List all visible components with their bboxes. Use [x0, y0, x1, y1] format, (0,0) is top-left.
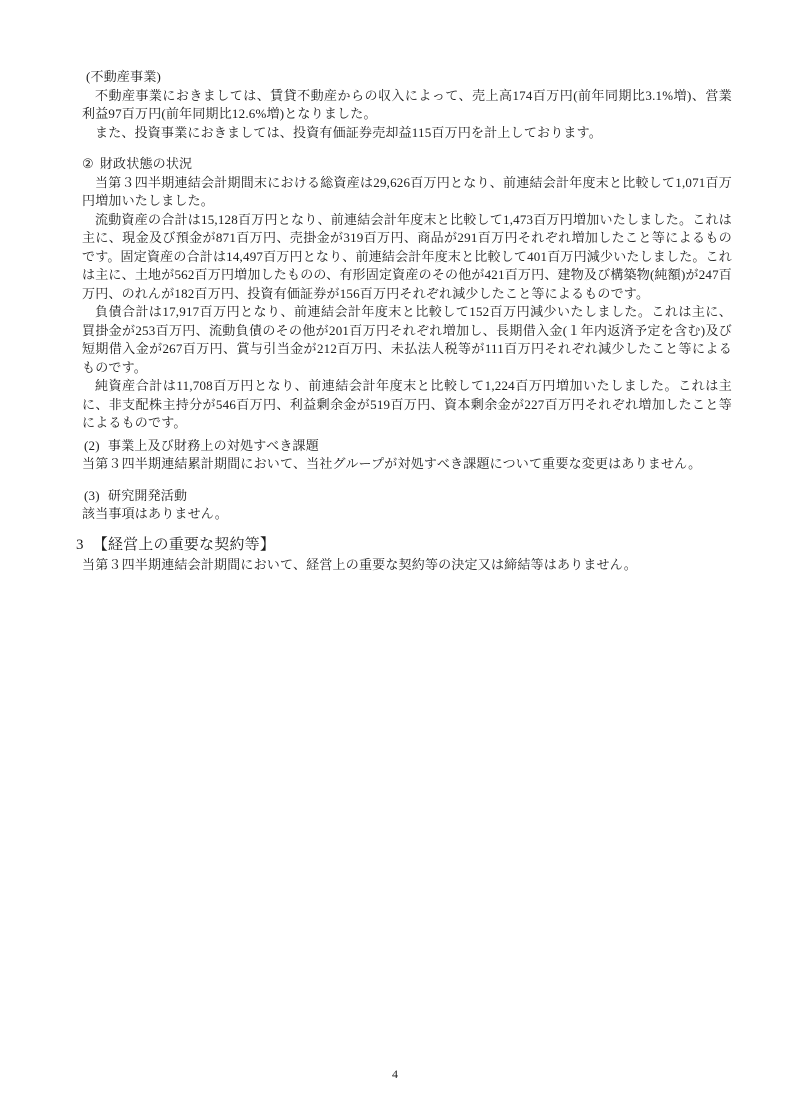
financial-position-heading: 財政状態の状況: [100, 156, 192, 171]
real-estate-section-heading: (不動産事業): [82, 68, 732, 87]
document-page: (不動産事業) 不動産事業におきましては、賃貸不動産からの収入によって、売上高1…: [0, 0, 790, 1118]
investment-business-paragraph: また、投資事業におきましては、投資有価証券売却益115百万円を計上しております。: [82, 124, 732, 143]
rd-marker: (3): [82, 487, 108, 506]
rd-section: (3)研究開発活動 該当事項はありません。: [82, 487, 732, 524]
rd-heading-line: (3)研究開発活動: [82, 487, 732, 506]
real-estate-paragraph: 不動産事業におきましては、賃貸不動産からの収入によって、売上高174百万円(前年…: [82, 87, 732, 124]
total-assets-paragraph: 当第３四半期連結会計期間末における総資産は29,626百万円となり、前連結会計年…: [82, 174, 732, 211]
business-issues-heading-line: (2)事業上及び財務上の対処すべき課題: [82, 437, 732, 456]
contracts-body: 当第３四半期連結会計期間において、経営上の重要な契約等の決定又は締結等はありませ…: [82, 556, 732, 575]
business-issues-heading: 事業上及び財務上の対処すべき課題: [108, 438, 319, 453]
business-issues-body: 当第３四半期連結累計期間において、当社グループが対処すべき課題について重要な変更…: [82, 455, 732, 474]
current-fixed-assets-paragraph: 流動資産の合計は15,128百万円となり、前連結会計年度末と比較して1,473百…: [82, 211, 732, 304]
contracts-section-number: 3: [76, 537, 84, 553]
contracts-heading-line: 3【経営上の重要な契約等】: [76, 534, 732, 556]
rd-heading: 研究開発活動: [108, 488, 187, 503]
page-number: 4: [0, 1066, 790, 1082]
document-content: (不動産事業) 不動産事業におきましては、賃貸不動産からの収入によって、売上高1…: [82, 68, 732, 574]
business-issues-marker: (2): [82, 437, 108, 456]
rd-body: 該当事項はありません。: [82, 505, 732, 524]
liabilities-paragraph: 負債合計は17,917百万円となり、前連結会計年度末と比較して152百万円減少い…: [82, 303, 732, 377]
business-issues-section: (2)事業上及び財務上の対処すべき課題 当第３四半期連結累計期間において、当社グ…: [82, 437, 732, 474]
contracts-heading: 【経営上の重要な契約等】: [93, 537, 275, 553]
financial-position-heading-line: ②財政状態の状況: [82, 155, 732, 174]
net-assets-paragraph: 純資産合計は11,708百万円となり、前連結会計年度末と比較して1,224百万円…: [82, 377, 732, 433]
financial-position-marker: ②: [82, 156, 94, 171]
